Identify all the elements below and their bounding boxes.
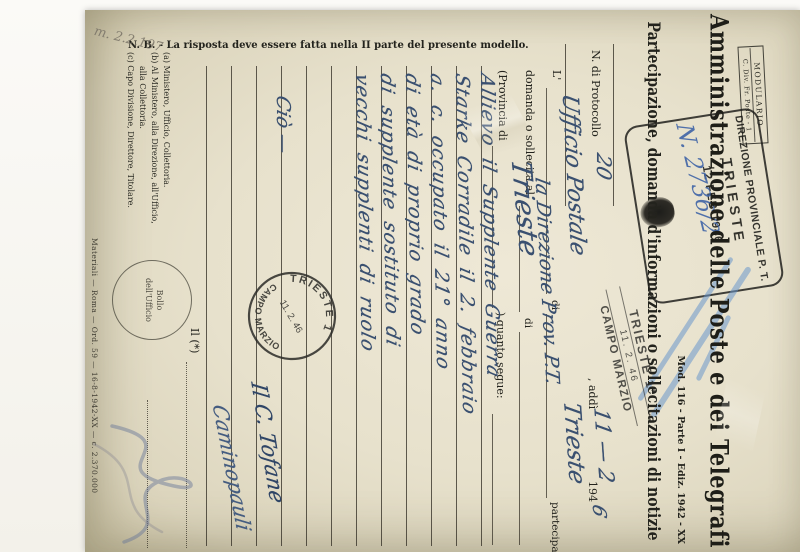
sender-handwriting: Ufficio Postale	[557, 92, 591, 258]
addi-label: , addì	[586, 378, 599, 409]
message-close-handwriting: Ciò —	[272, 93, 294, 156]
partecipa-label: partecipa	[549, 502, 561, 552]
scanned-postal-form: MODULARIO C. Div. Fr. Poste - 1 DIREZION…	[0, 0, 800, 552]
form-subtitle: Partecipazione, domanda d'informazioni o…	[643, 10, 662, 552]
round-postmark: TRIESTE 1 CAMPO MARZIO 11. 2. 46	[232, 256, 353, 377]
signature-handwriting: Il C. Tofane	[246, 381, 290, 504]
footnote-a: (a) Ministero, Ufficio, Collettoria.	[160, 52, 172, 224]
sender-place-handwriting: Trieste	[558, 400, 590, 486]
bollo-label-1: Bollo	[154, 261, 165, 339]
footnote-c: (c) Capo Divisione, Direttore, Titolare.	[124, 52, 136, 224]
addressee-place-field-line	[519, 332, 520, 545]
signature-label: Il (*)	[188, 328, 201, 353]
footnote-b: (b) Al Ministero, alla Direzione, all'Uf…	[148, 52, 160, 224]
bollo-label-2: dell'Ufficio	[143, 261, 154, 339]
footnotes: (a) Ministero, Ufficio, Collettoria. (b)…	[124, 52, 172, 224]
postmark-date-text: 11. 2. 46	[277, 298, 305, 335]
day-month-handwriting: 11 — 2	[589, 406, 619, 485]
year-digit-handwriting: 6	[588, 502, 610, 520]
di-label-2: di	[522, 318, 534, 328]
signature-handwriting-light: Caminopauli	[207, 404, 256, 533]
nb-margin-note: N. B. - La risposta deve essere fatta ne…	[128, 40, 520, 51]
form-model-reference: Mod. 116 - Parte I - Ediz. 1942 - XX	[675, 355, 686, 544]
footnote-b-cont: alla Collettoria.	[136, 52, 148, 224]
office-seal-circle: Bollo dell'Ufficio	[112, 260, 192, 340]
l-apostrophe-label: L'	[550, 70, 563, 80]
protocol-number-handwriting: 20	[592, 151, 616, 182]
pencil-flourish	[87, 414, 212, 552]
paper-sheet: MODULARIO C. Div. Fr. Poste - 1 DIREZION…	[85, 10, 800, 552]
protocol-label: N. di Protocollo	[589, 50, 602, 137]
